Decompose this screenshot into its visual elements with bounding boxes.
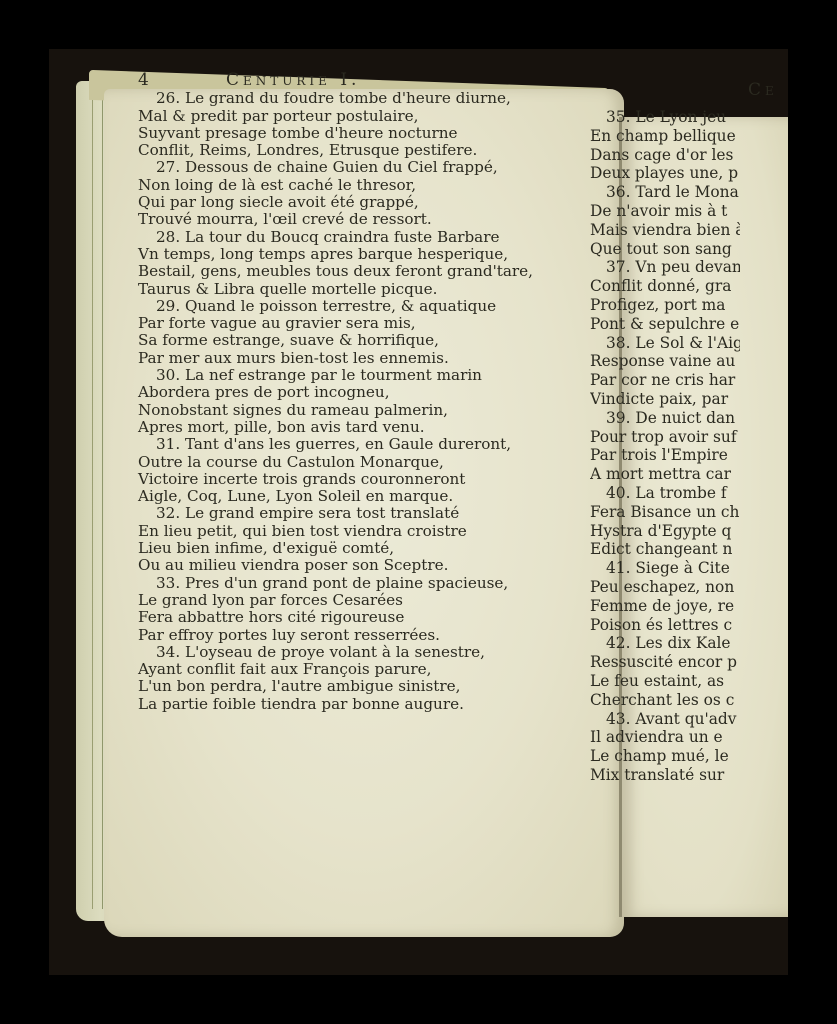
verse-line: Deux playes une, p xyxy=(590,164,740,183)
quatrain-first-line: 35. Le Lyon jeu xyxy=(590,108,740,127)
right-page-header-fragment: Ce xyxy=(748,80,788,100)
quatrain: 40. La trombe fFera Bisance un chHystra … xyxy=(590,484,740,559)
verse-line: Pont & sepulchre e xyxy=(590,315,740,334)
verse-line: Sa forme estrange, suave & horrifique, xyxy=(138,332,533,349)
verse-line: La partie foible tiendra par bonne augur… xyxy=(138,696,533,713)
quatrain: 26. Le grand du foudre tombe d'heure diu… xyxy=(138,90,533,159)
quatrain-first-line: 30. La nef estrange par le tourment mari… xyxy=(138,367,533,384)
quatrain-first-line: 36. Tard le Mona xyxy=(590,183,740,202)
verse-line: Pour trop avoir suf xyxy=(590,428,740,447)
quatrain-first-line: 38. Le Sol & l'Aig xyxy=(590,334,740,353)
quatrain-first-line: 39. De nuict dan xyxy=(590,409,740,428)
verse-line: Le feu estaint, as xyxy=(590,672,740,691)
quatrain-first-line: 28. La tour du Boucq craindra fuste Barb… xyxy=(138,229,533,246)
verse-line: Abordera pres de port incogneu, xyxy=(138,384,533,401)
verse-line: Que tout son sang xyxy=(590,240,740,259)
verse-line: Vn temps, long temps apres barque hesper… xyxy=(138,246,533,263)
verse-line: Par trois l'Empire xyxy=(590,446,740,465)
quatrain-first-line: 32. Le grand empire sera tost translaté xyxy=(138,505,533,522)
quatrain-first-line: 33. Pres d'un grand pont de plaine spaci… xyxy=(138,575,533,592)
verse-line: Dans cage d'or les xyxy=(590,146,740,165)
quatrain: 32. Le grand empire sera tost translatéE… xyxy=(138,505,533,574)
quatrain: 35. Le Lyon jeuEn champ belliqueDans cag… xyxy=(590,108,740,183)
quatrain-first-line: 34. L'oyseau de proye volant à la senest… xyxy=(138,644,533,661)
verse-line: Edict changeant n xyxy=(590,540,740,559)
quatrain-first-line: 26. Le grand du foudre tombe d'heure diu… xyxy=(138,90,533,107)
verse-line: Victoire incerte trois grands couronnero… xyxy=(138,471,533,488)
verse-line: Lieu bien infime, d'exiguë comté, xyxy=(138,540,533,557)
verse-line: L'un bon perdra, l'autre ambigue sinistr… xyxy=(138,678,533,695)
page-number: 4 xyxy=(138,72,226,89)
verse-line: Le champ mué, le xyxy=(590,747,740,766)
verse-line: De n'avoir mis à t xyxy=(590,202,740,221)
verse-line: Qui par long siecle avoit été grappé, xyxy=(138,194,533,211)
quatrain: 31. Tant d'ans les guerres, en Gaule dur… xyxy=(138,436,533,505)
quatrain-first-line: 29. Quand le poisson terrestre, & aquati… xyxy=(138,298,533,315)
quatrain: 28. La tour du Boucq craindra fuste Barb… xyxy=(138,229,533,298)
verse-line: Nonobstant signes du rameau palmerin, xyxy=(138,402,533,419)
verse-line: Trouvé mourra, l'œil crevé de ressort. xyxy=(138,211,533,228)
quatrain-first-line: 42. Les dix Kale xyxy=(590,634,740,653)
quatrain: 29. Quand le poisson terrestre, & aquati… xyxy=(138,298,533,367)
verse-line: Outre la course du Castulon Monarque, xyxy=(138,454,533,471)
verse-line: Il adviendra un e xyxy=(590,728,740,747)
quatrain-first-line: 43. Avant qu'adv xyxy=(590,710,740,729)
verse-line: Conflit, Reims, Londres, Etrusque pestif… xyxy=(138,142,533,159)
verse-line: Profigez, port ma xyxy=(590,296,740,315)
quatrain: 33. Pres d'un grand pont de plaine spaci… xyxy=(138,575,533,644)
verse-line: Femme de joye, re xyxy=(590,597,740,616)
quatrain: 36. Tard le MonaDe n'avoir mis à tMais v… xyxy=(590,183,740,258)
verse-line: Cherchant les os c xyxy=(590,691,740,710)
verse-line: Ayant conflit fait aux François parure, xyxy=(138,661,533,678)
verse-line: Par mer aux murs bien-tost les ennemis. xyxy=(138,350,533,367)
verse-line: Fera abbattre hors cité rigoureuse xyxy=(138,609,533,626)
quatrain: 42. Les dix KaleRessuscité encor pLe feu… xyxy=(590,634,740,709)
quatrain: 30. La nef estrange par le tourment mari… xyxy=(138,367,533,436)
quatrain: 38. Le Sol & l'AigResponse vaine auPar c… xyxy=(590,334,740,409)
verse-line: Fera Bisance un ch xyxy=(590,503,740,522)
quatrain-first-line: 37. Vn peu devan xyxy=(590,258,740,277)
verse-line: En lieu petit, qui bien tost viendra cro… xyxy=(138,523,533,540)
verse-line: Mix translaté sur xyxy=(590,766,740,785)
quatrain-list: 35. Le Lyon jeuEn champ belliqueDans cag… xyxy=(590,108,740,785)
verse-line: En champ bellique xyxy=(590,127,740,146)
quatrain: 43. Avant qu'advIl adviendra un eLe cham… xyxy=(590,710,740,785)
verse-line: Response vaine au xyxy=(590,352,740,371)
verse-line: Mal & predit par porteur postulaire, xyxy=(138,108,533,125)
verse-line: Ou au milieu viendra poser son Sceptre. xyxy=(138,557,533,574)
verse-line: Aigle, Coq, Lune, Lyon Soleil en marque. xyxy=(138,488,533,505)
quatrain-list: 26. Le grand du foudre tombe d'heure diu… xyxy=(138,90,533,713)
verse-line: Poison és lettres c xyxy=(590,616,740,635)
quatrain: 34. L'oyseau de proye volant à la senest… xyxy=(138,644,533,713)
verse-line: Le grand lyon par forces Cesarées xyxy=(138,592,533,609)
verse-line: Par cor ne cris har xyxy=(590,371,740,390)
left-page-text: 4 Centurie I. 26. Le grand du foudre tom… xyxy=(138,72,533,713)
verse-line: Ressuscité encor p xyxy=(590,653,740,672)
quatrain-first-line: 40. La trombe f xyxy=(590,484,740,503)
quatrain: 41. Siege à CitePeu eschapez, nonFemme d… xyxy=(590,559,740,634)
verse-line: Suyvant presage tombe d'heure nocturne xyxy=(138,125,533,142)
running-head: 4 Centurie I. xyxy=(138,72,533,89)
verse-line: Conflit donné, gra xyxy=(590,277,740,296)
verse-line: Peu eschapez, non xyxy=(590,578,740,597)
quatrain-first-line: 27. Dessous de chaine Guien du Ciel frap… xyxy=(138,159,533,176)
verse-line: Non loing de là est caché le thresor, xyxy=(138,177,533,194)
page-header-title: Centurie I. xyxy=(226,72,360,89)
verse-line: Taurus & Libra quelle mortelle picque. xyxy=(138,281,533,298)
verse-line: Apres mort, pille, bon avis tard venu. xyxy=(138,419,533,436)
verse-line: Mais viendra bien à xyxy=(590,221,740,240)
verse-line: Par forte vague au gravier sera mis, xyxy=(138,315,533,332)
verse-line: Hystra d'Egypte q xyxy=(590,522,740,541)
quatrain-first-line: 31. Tant d'ans les guerres, en Gaule dur… xyxy=(138,436,533,453)
verse-line: Par effroy portes luy seront resserrées. xyxy=(138,627,533,644)
quatrain: 37. Vn peu devanConflit donné, graProfig… xyxy=(590,258,740,333)
verse-line: Bestail, gens, meubles tous deux feront … xyxy=(138,263,533,280)
verse-line: A mort mettra car xyxy=(590,465,740,484)
right-page-text: 35. Le Lyon jeuEn champ belliqueDans cag… xyxy=(590,108,740,785)
quatrain: 27. Dessous de chaine Guien du Ciel frap… xyxy=(138,159,533,228)
quatrain-first-line: 41. Siege à Cite xyxy=(590,559,740,578)
verse-line: Vindicte paix, par xyxy=(590,390,740,409)
quatrain: 39. De nuict danPour trop avoir sufPar t… xyxy=(590,409,740,484)
